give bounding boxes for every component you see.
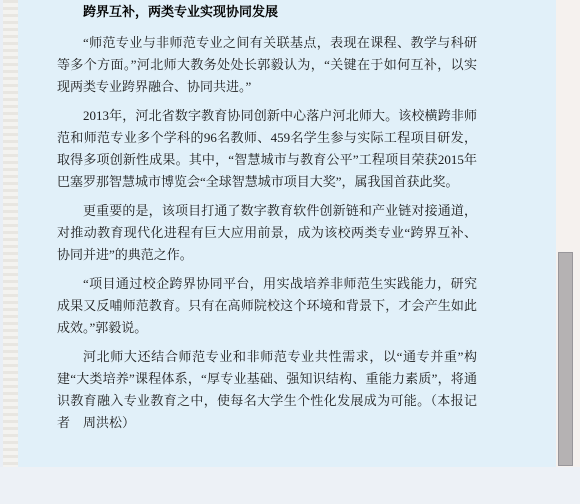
article-paragraph-3: 更重要的是，该项目打通了数字教育软件创新链和产业链对接通道，对推动教育现代化进程… [57, 200, 477, 266]
article-heading: 跨界互补，两类专业实现协同发展 [57, 1, 477, 23]
article-body: 跨界互补，两类专业实现协同发展 “师范专业与非师范专业之间有关联基点，表现在课程… [18, 0, 556, 434]
scrollbar-track[interactable] [556, 0, 580, 467]
left-page-edge [0, 0, 18, 467]
article-paragraph-5: 河北师大还结合师范专业和非师范专业共性需求，以“通专并重”构建“大类培养”课程体… [57, 346, 477, 434]
article-paragraph-1: “师范专业与非师范专业之间有关联基点，表现在课程、教学与科研等多个方面。”河北师… [57, 32, 477, 98]
article-paragraph-4: “项目通过校企跨界协同平台，用实战培养非师范生实践能力，研究成果又反哺师范教育。… [57, 273, 477, 339]
article-panel: 跨界互补，两类专业实现协同发展 “师范专业与非师范专业之间有关联基点，表现在课程… [18, 0, 556, 467]
article-paragraph-2: 2013年，河北省数字教育协同创新中心落户河北师大。该校横跨非师范和师范专业多个… [57, 105, 477, 193]
scrollbar-thumb[interactable] [558, 252, 573, 466]
article-page: 跨界互补，两类专业实现协同发展 “师范专业与非师范专业之间有关联基点，表现在课程… [0, 0, 580, 504]
page-bottom-margin [0, 467, 580, 504]
